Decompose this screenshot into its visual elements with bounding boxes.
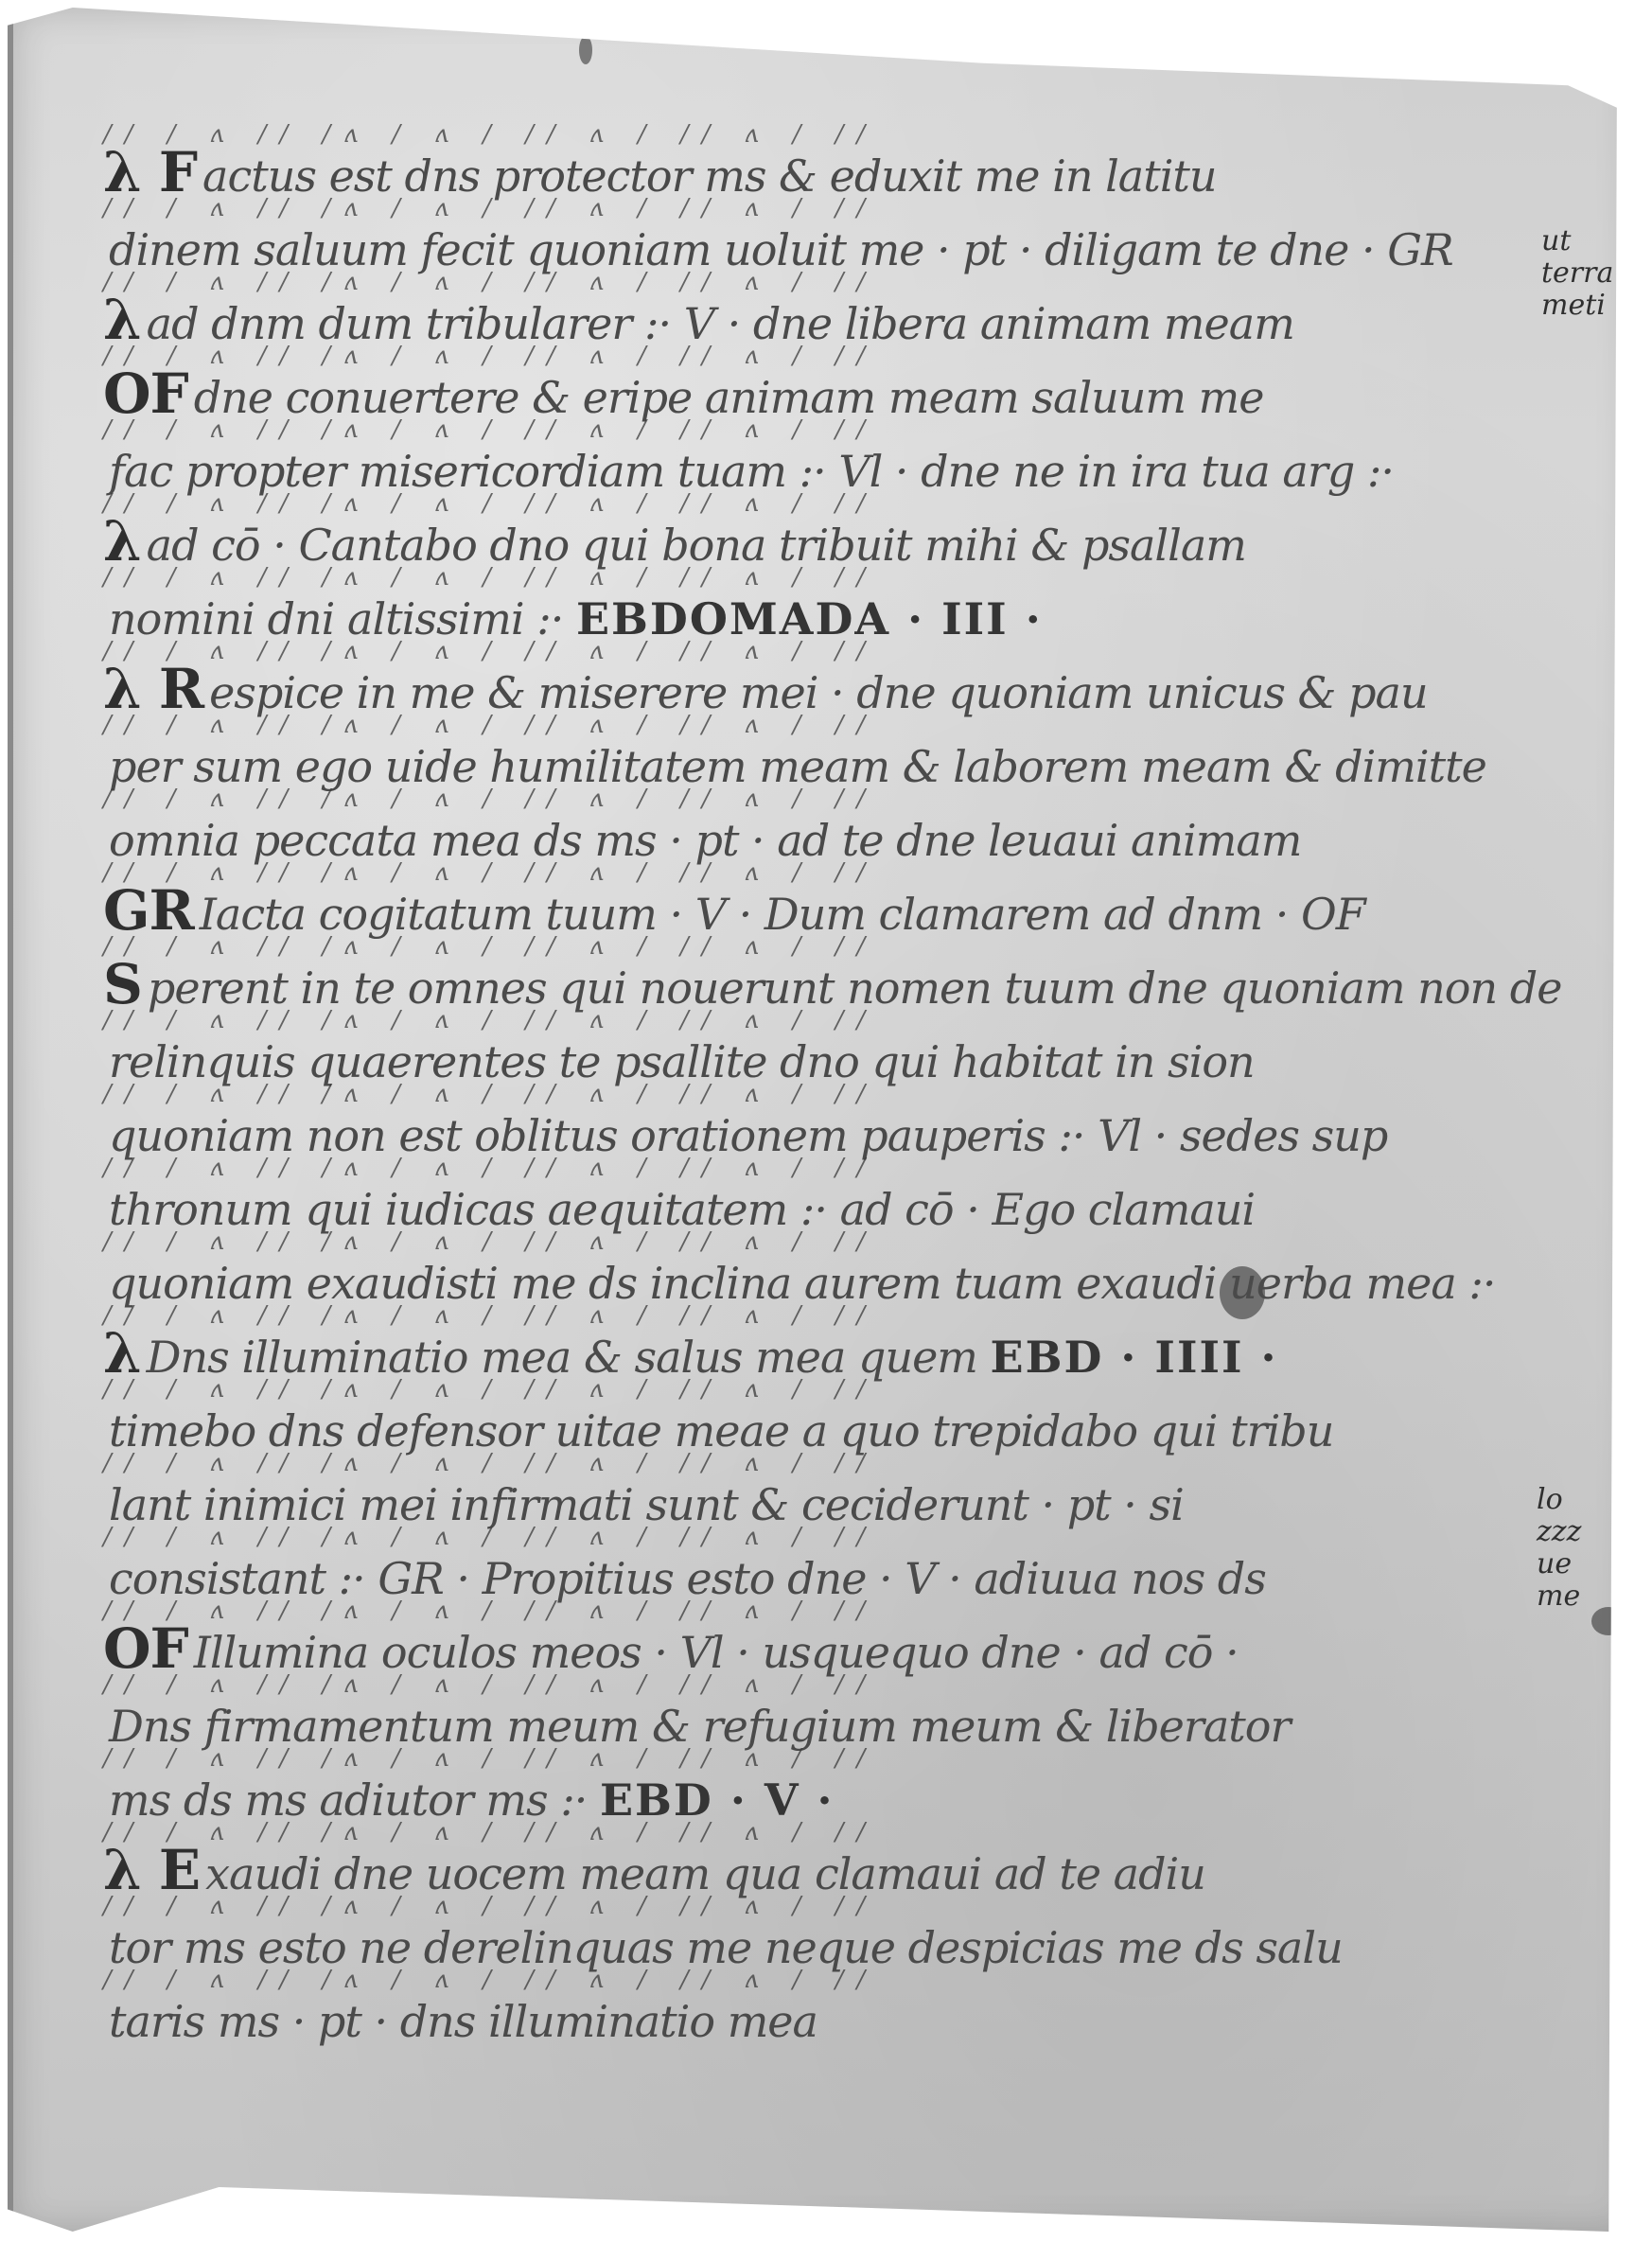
- neume-row: // / ʌ // /ʌ / ʌ / // ʌ / // ʌ / //: [103, 988, 1522, 1020]
- neume-row: // / ʌ // /ʌ / ʌ / // ʌ / // ʌ / //: [103, 693, 1522, 725]
- neume-row: // / ʌ // /ʌ / ʌ / // ʌ / // ʌ / //: [103, 1948, 1522, 1980]
- manuscript-page: // / ʌ // /ʌ / ʌ / // ʌ / // ʌ / //λ Fac…: [8, 8, 1633, 2232]
- main-text-block: // / ʌ // /ʌ / ʌ / // ʌ / // ʌ / //λ Fac…: [103, 140, 1570, 2059]
- neume-row: // / ʌ // /ʌ / ʌ / // ʌ / // ʌ / //: [103, 324, 1522, 356]
- neume-row: // / ʌ // /ʌ / ʌ / // ʌ / // ʌ / //: [103, 397, 1522, 430]
- neume-row: // / ʌ // /ʌ / ʌ / // ʌ / // ʌ / //: [103, 1209, 1522, 1242]
- margin-note: ut terra meti: [1541, 225, 1613, 322]
- ink-stain: [1591, 1607, 1626, 1635]
- margin-note: lo zzz ue me: [1537, 1484, 1581, 1613]
- neume-row: // / ʌ // /ʌ / ʌ / // ʌ / // ʌ / //: [103, 840, 1522, 873]
- neume-row: // / ʌ // /ʌ / ʌ / // ʌ / // ʌ / //: [103, 1357, 1522, 1389]
- neume-row: // / ʌ // /ʌ / ʌ / // ʌ / // ʌ / //: [103, 1652, 1522, 1685]
- neume-row: // / ʌ // /ʌ / ʌ / // ʌ / // ʌ / //: [103, 1431, 1522, 1463]
- neume-row: // / ʌ // /ʌ / ʌ / // ʌ / // ʌ / //: [103, 1505, 1522, 1537]
- neume-row: // / ʌ // /ʌ / ʌ / // ʌ / // ʌ / //: [103, 1062, 1522, 1094]
- neume-row: // / ʌ // /ʌ / ʌ / // ʌ / // ʌ / //: [103, 1136, 1522, 1168]
- text-line: // / ʌ // /ʌ / ʌ / // ʌ / // ʌ / //taris…: [103, 1986, 1570, 2050]
- line-text: taris ms · pt · dns illuminatio mea: [109, 1996, 817, 2047]
- neume-row: // / ʌ // /ʌ / ʌ / // ʌ / // ʌ / //: [103, 767, 1522, 799]
- ink-stain: [579, 36, 592, 64]
- neume-row: // / ʌ // /ʌ / ʌ / // ʌ / // ʌ / //: [103, 1874, 1522, 1906]
- neume-row: // / ʌ // /ʌ / ʌ / // ʌ / // ʌ / //: [103, 1283, 1522, 1315]
- neume-row: // / ʌ // /ʌ / ʌ / // ʌ / // ʌ / //: [103, 914, 1522, 946]
- neume-row: // / ʌ // /ʌ / ʌ / // ʌ / // ʌ / //: [103, 619, 1522, 651]
- neume-row: // / ʌ // /ʌ / ʌ / // ʌ / // ʌ / //: [103, 250, 1522, 282]
- neume-row: // / ʌ // /ʌ / ʌ / // ʌ / // ʌ / //: [103, 545, 1522, 577]
- neume-row: // / ʌ // /ʌ / ʌ / // ʌ / // ʌ / //: [103, 1726, 1522, 1758]
- neume-row: // / ʌ // /ʌ / ʌ / // ʌ / // ʌ / //: [103, 471, 1522, 503]
- neume-row: // / ʌ // /ʌ / ʌ / // ʌ / // ʌ / //: [103, 1579, 1522, 1611]
- neume-row: // / ʌ // /ʌ / ʌ / // ʌ / // ʌ / //: [103, 176, 1522, 208]
- neume-row: // / ʌ // /ʌ / ʌ / // ʌ / // ʌ / //: [103, 102, 1522, 134]
- neume-row: // / ʌ // /ʌ / ʌ / // ʌ / // ʌ / //: [103, 1800, 1522, 1832]
